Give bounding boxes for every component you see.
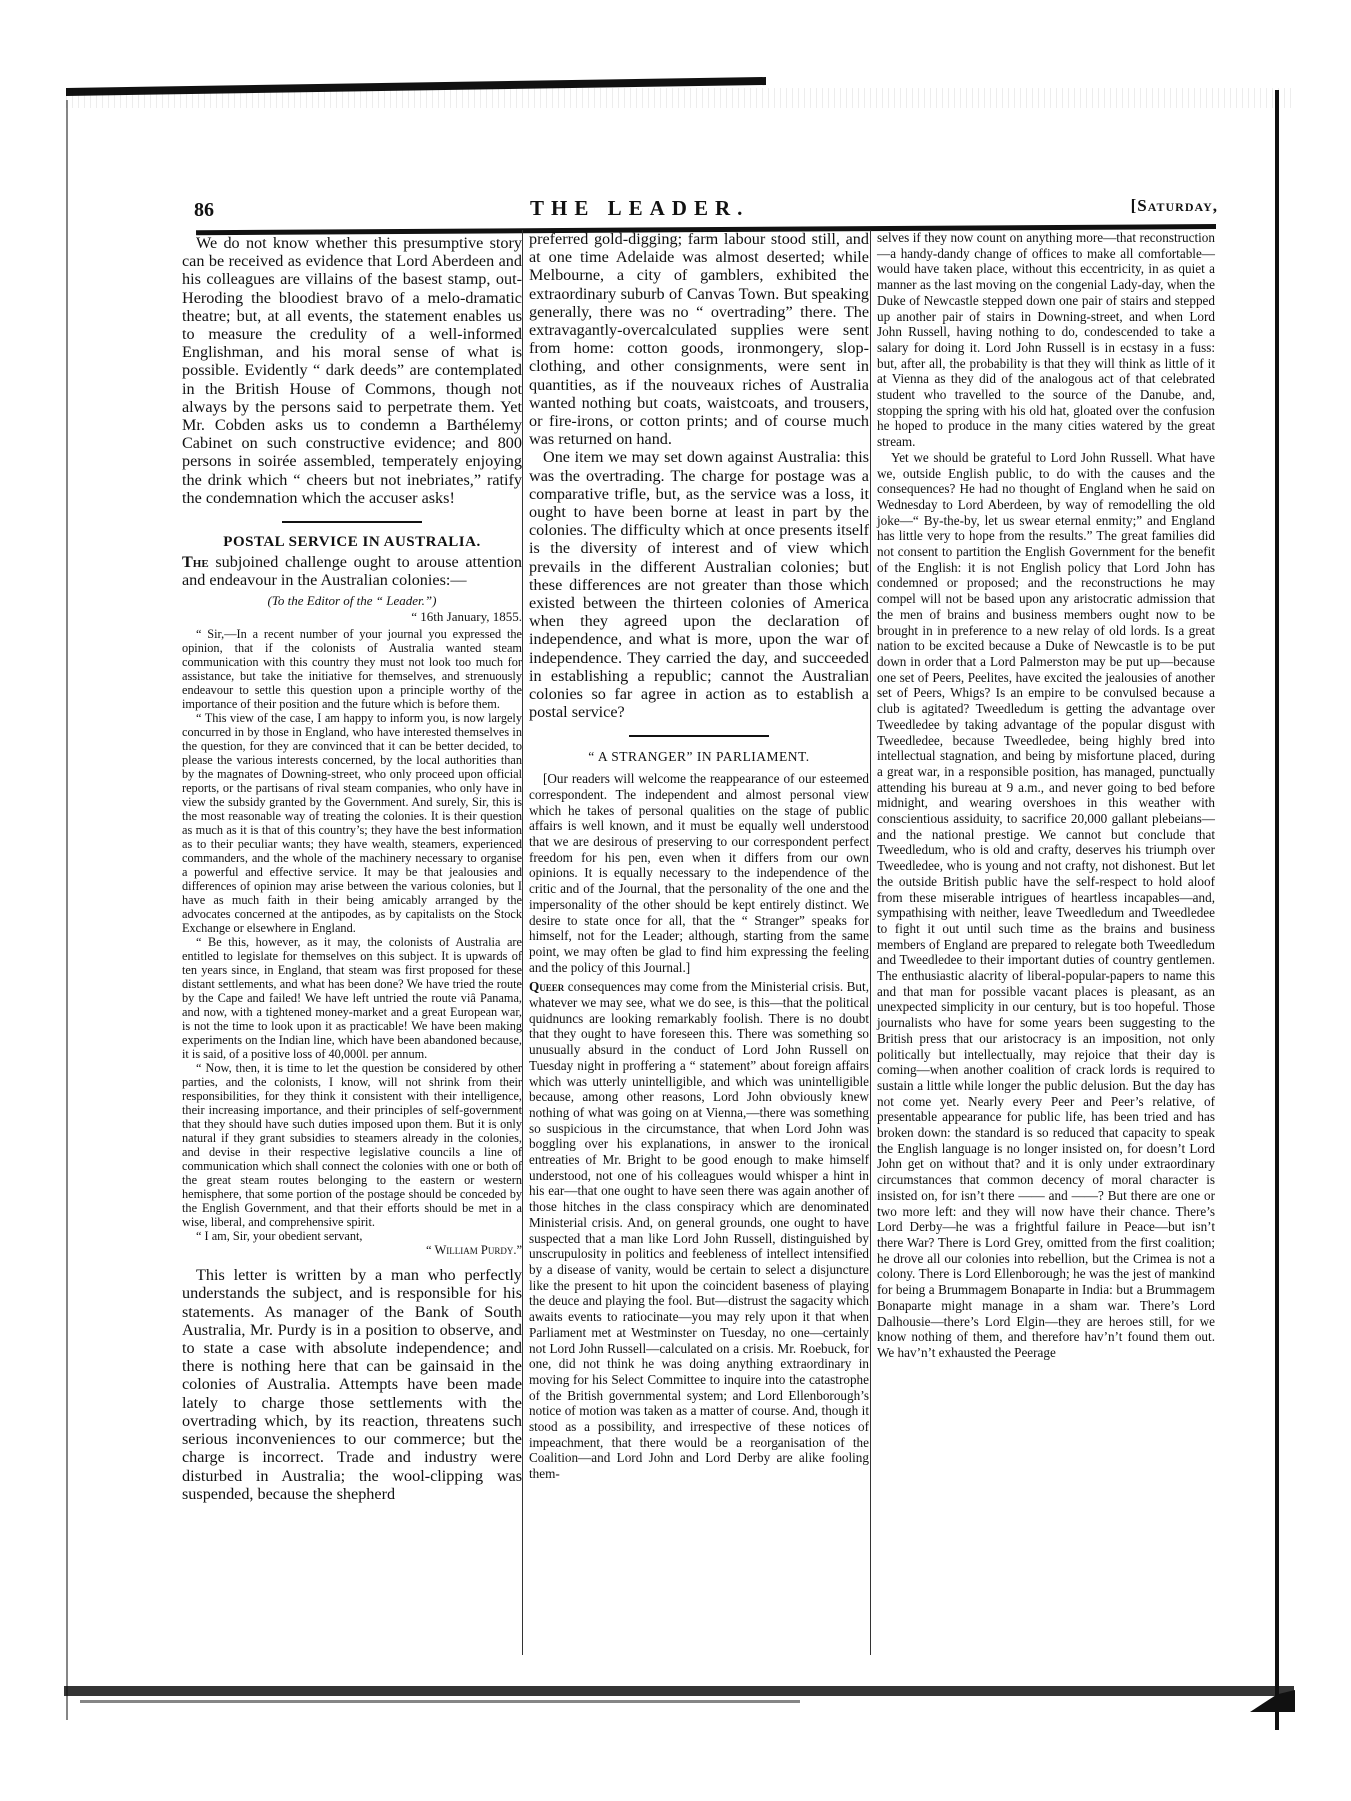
letter-signature: “ William Purdy.” [182, 1243, 522, 1259]
letter-date: “ 16th January, 1855. [182, 609, 522, 625]
page-number: 86 [194, 199, 214, 222]
article-heading-stranger: “ A STRANGER” IN PARLIAMENT. [529, 749, 869, 765]
continuation-paragraph: One item we may set down against Austral… [529, 448, 869, 721]
page-edge-right [1275, 90, 1279, 1730]
letter-paragraph: “ Be this, however, as it may, the colon… [182, 935, 522, 1061]
article-intro-first-word: The [182, 553, 209, 571]
article-body: Queer consequences may come from the Min… [529, 979, 869, 1482]
column-1: We do not know whether this presumptive … [182, 234, 522, 1503]
letter-paragraph: “ This view of the case, I am happy to i… [182, 711, 522, 935]
letter-closing: “ I am, Sir, your obedient servant, [182, 1229, 522, 1243]
page-edge-bottom-shadow [80, 1700, 800, 1703]
page-edge-bottom [64, 1686, 1294, 1696]
scan-edge-top [66, 88, 1296, 114]
issue-day: [Saturday, [1131, 196, 1218, 216]
article-body-text: consequences may come from the Ministeri… [529, 979, 869, 1481]
column3-paragraph: Yet we should be grateful to Lord John R… [877, 450, 1215, 1361]
scan-noise [66, 88, 1296, 108]
article-intro-text: subjoined challenge ought to arouse atte… [182, 553, 522, 589]
intro-paragraph: We do not know whether this presumptive … [182, 234, 522, 507]
section-divider [282, 521, 422, 523]
letter-salutation: (To the Editor of the “ Leader.”) [182, 593, 522, 609]
article-heading-postal-service: POSTAL SERVICE IN AUSTRALIA. [182, 535, 522, 551]
newspaper-title: THE LEADER. [530, 196, 749, 221]
page-edge-left [66, 100, 68, 1720]
closing-paragraph: This letter is written by a man who perf… [182, 1266, 522, 1503]
letter-paragraph: “ Now, then, it is time to let the quest… [182, 1061, 522, 1229]
masthead: 86 THE LEADER. [Saturday, [178, 196, 1218, 226]
article-body-first-word: Queer [529, 979, 564, 994]
section-divider [629, 735, 769, 737]
continuation-paragraph: preferred gold-digging; farm labour stoo… [529, 230, 869, 448]
column3-paragraph: selves if they now count on anything mor… [877, 230, 1215, 450]
column-2: preferred gold-digging; farm labour stoo… [522, 230, 869, 1655]
editor-note: [Our readers will welcome the reappearan… [529, 771, 869, 975]
article-intro: The subjoined challenge ought to arouse … [182, 553, 522, 589]
column-3: selves if they now count on anything mor… [870, 230, 1215, 1655]
letter-paragraph: “ Sir,—In a recent number of your journa… [182, 627, 522, 711]
